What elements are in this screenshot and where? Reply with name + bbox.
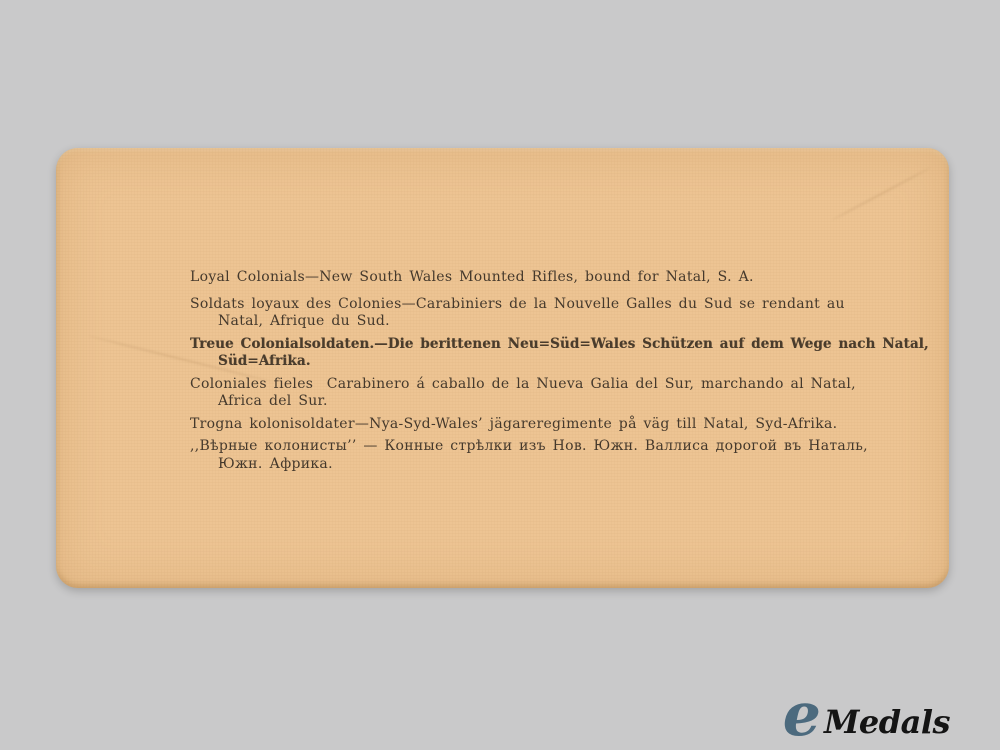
caption-line: Treue Colonialsoldaten.—Die berittenen N… — [190, 336, 840, 354]
emedals-watermark: e Medals — [783, 713, 950, 722]
caption-line: Soldats loyaux des Colonies—Carabiniers … — [190, 296, 840, 314]
caption-line: Natal, Afrique du Sud. — [190, 313, 840, 331]
caption-french: Soldats loyaux des Colonies—Carabiniers … — [190, 296, 840, 331]
stereoview-card-back: Loyal Colonials—New South Wales Mounted … — [56, 148, 949, 588]
caption-line: Южн. Африка. — [190, 456, 840, 474]
caption-spanish: Coloniales fieles Carabinero á caballo d… — [190, 376, 840, 411]
caption-line: Süd=Afrika. — [190, 353, 840, 371]
product-photo-page: { "page": { "background_color": "#c9c9ca… — [0, 0, 1000, 750]
caption-line: Coloniales fieles Carabinero á caballo d… — [190, 376, 840, 394]
paper-crease — [832, 167, 930, 220]
caption-line: Trogna kolonisoldater—Nya-Syd-Wales’ jäg… — [190, 416, 840, 434]
caption-russian: ,,Вѣрные колонисты’’ — Конные стрѣлки из… — [190, 438, 840, 473]
caption-german: Treue Colonialsoldaten.—Die berittenen N… — [190, 336, 840, 371]
caption-line: Loyal Colonials—New South Wales Mounted … — [190, 269, 840, 287]
caption-block: Loyal Colonials—New South Wales Mounted … — [190, 269, 840, 478]
caption-line: Africa del Sur. — [190, 393, 840, 411]
caption-swedish: Trogna kolonisoldater—Nya-Syd-Wales’ jäg… — [190, 416, 840, 434]
caption-line: ,,Вѣрные колонисты’’ — Конные стрѣлки из… — [190, 438, 840, 456]
caption-english: Loyal Colonials—New South Wales Mounted … — [190, 269, 840, 287]
